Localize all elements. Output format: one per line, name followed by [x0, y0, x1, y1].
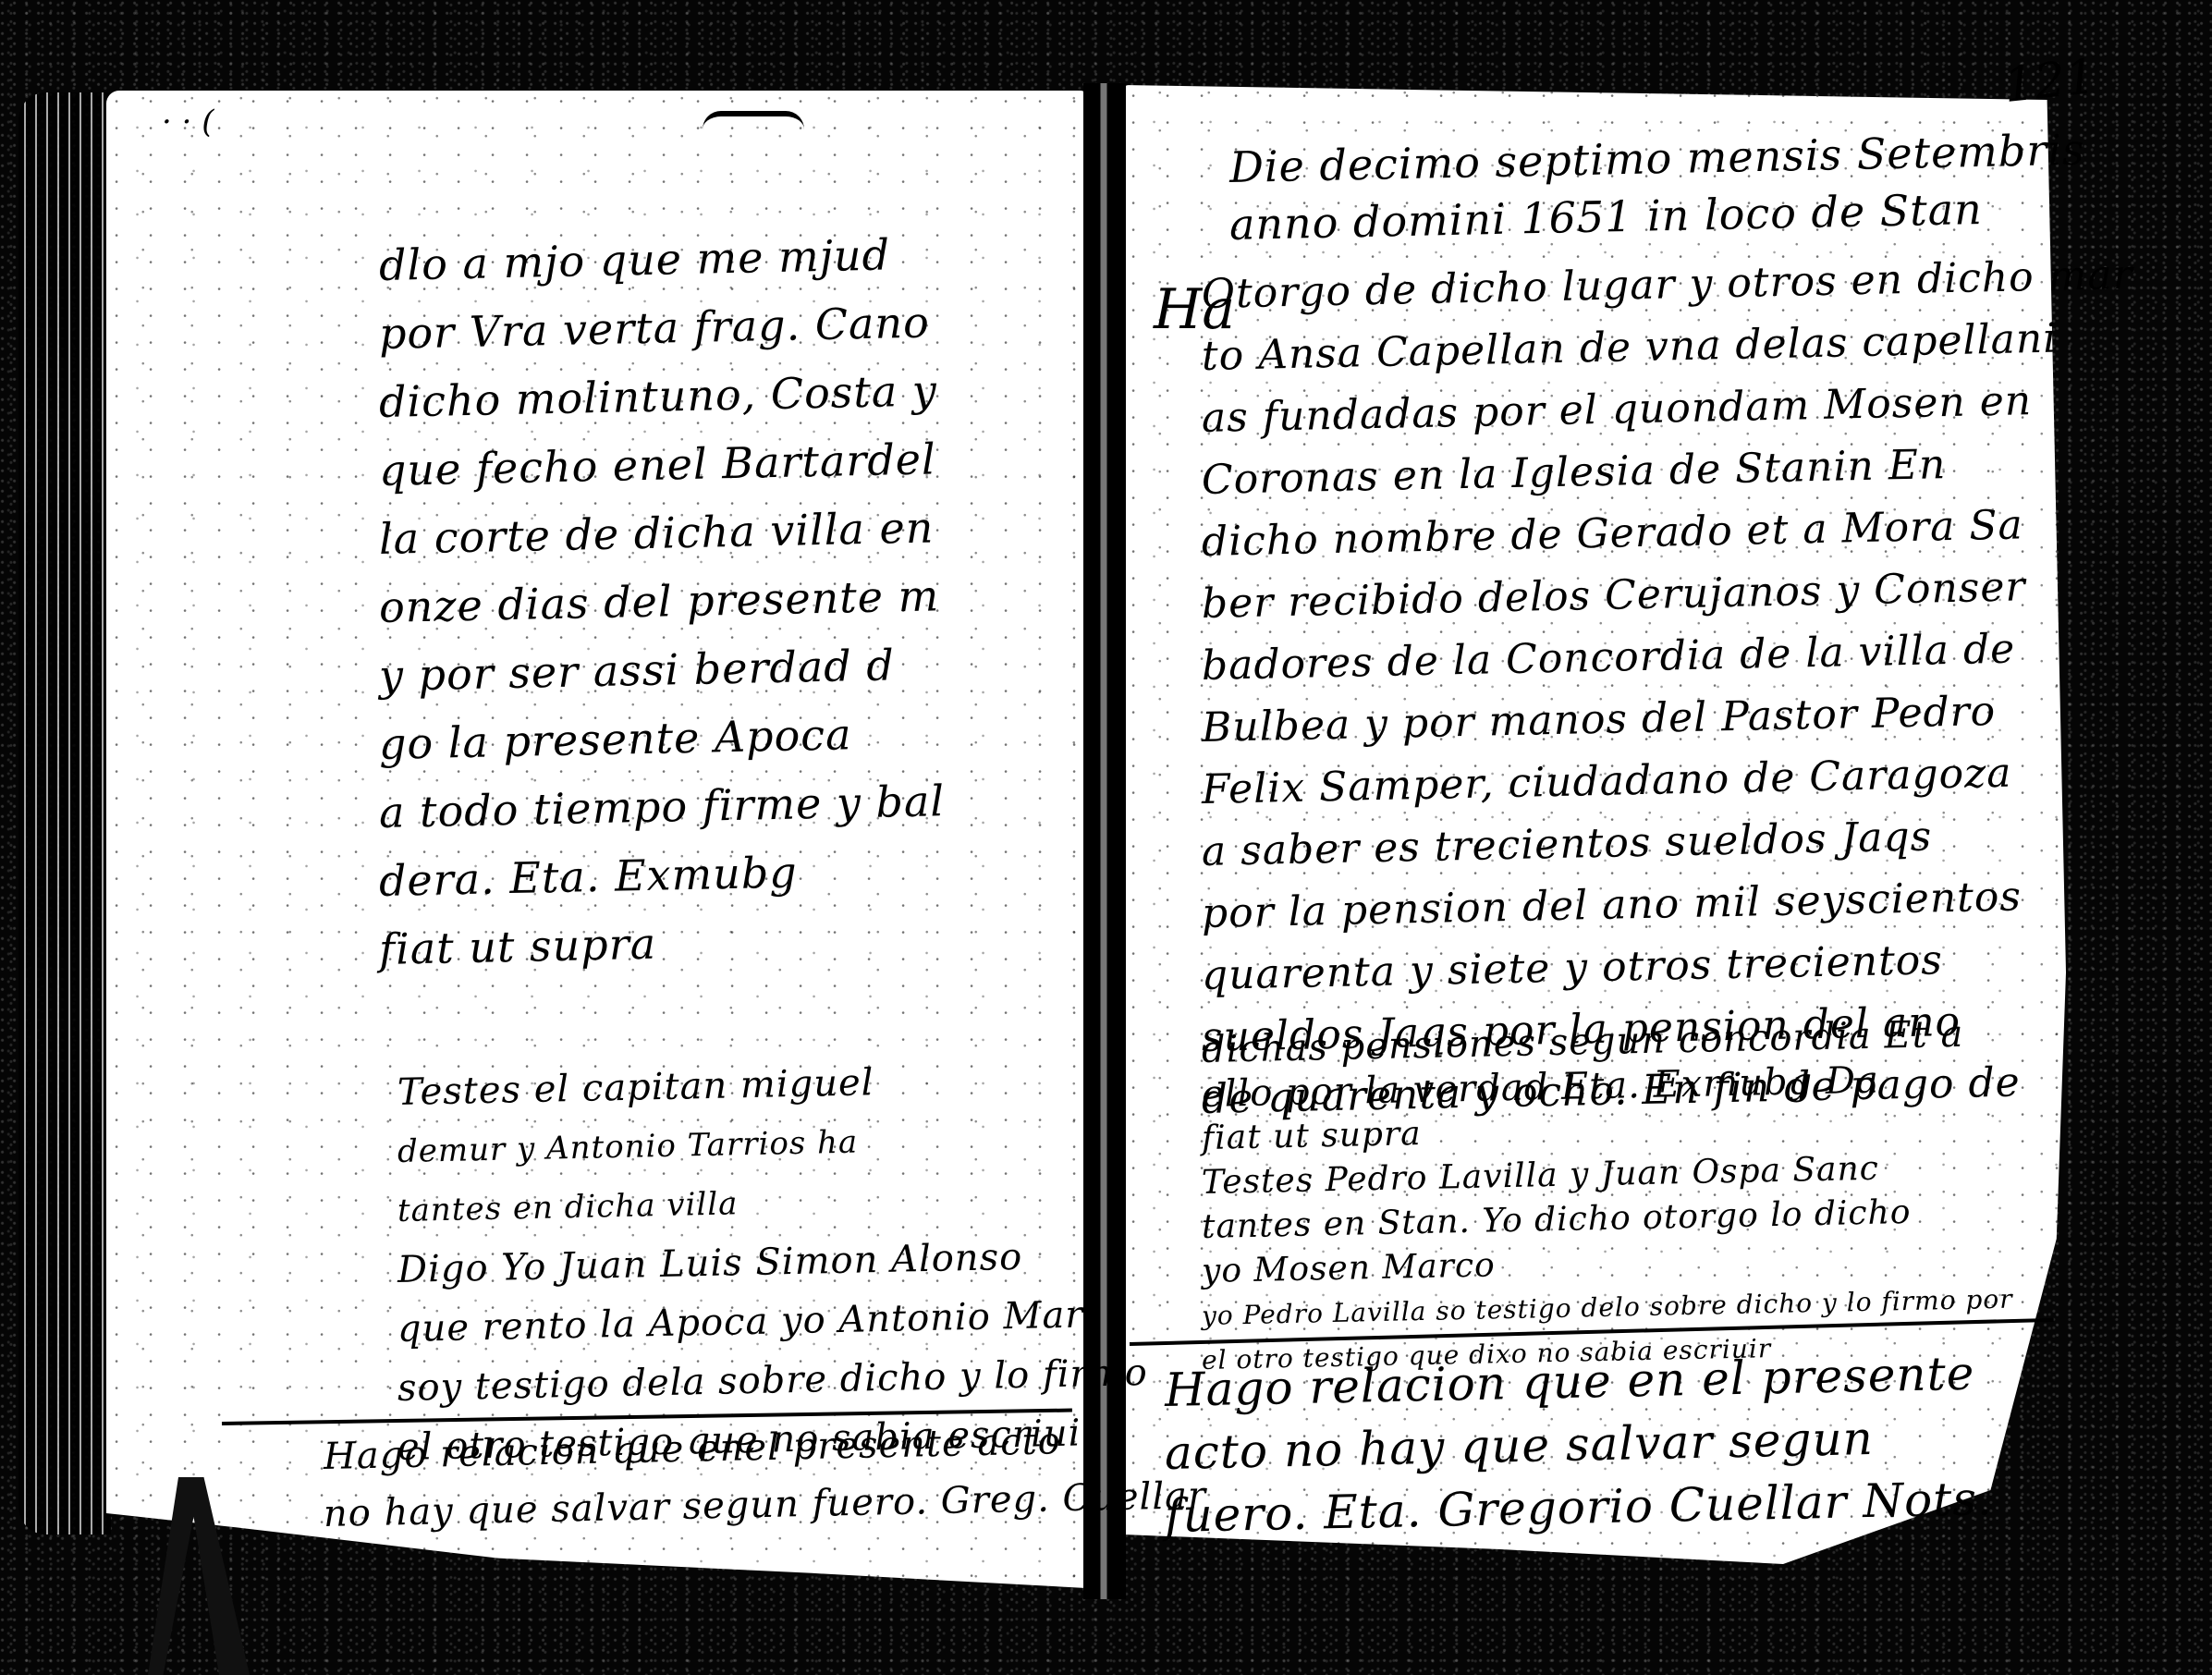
left-page-header-mark — [703, 111, 804, 129]
right-page-heading: Die decimo septimo mensis Setembris anno… — [1229, 139, 2061, 253]
right-page-body: Otorgo de dicho lugar y otros en dicho m… — [1202, 263, 2061, 1131]
right-page-notary-note: Hago relacion que en el presente acto no… — [1165, 1359, 2043, 1547]
left-page-notary-note: Hago relacion que enel presente acto no … — [324, 1428, 1082, 1543]
left-page-body: dlo a mjo que me mjud por Vra verta frag… — [379, 231, 1091, 984]
manuscript-line: fiat ut supra — [378, 900, 1091, 984]
book-page-edges — [18, 92, 111, 1534]
folio-number: 121 — [2001, 49, 2098, 114]
left-page-corner-marks: · · ( — [162, 104, 214, 141]
